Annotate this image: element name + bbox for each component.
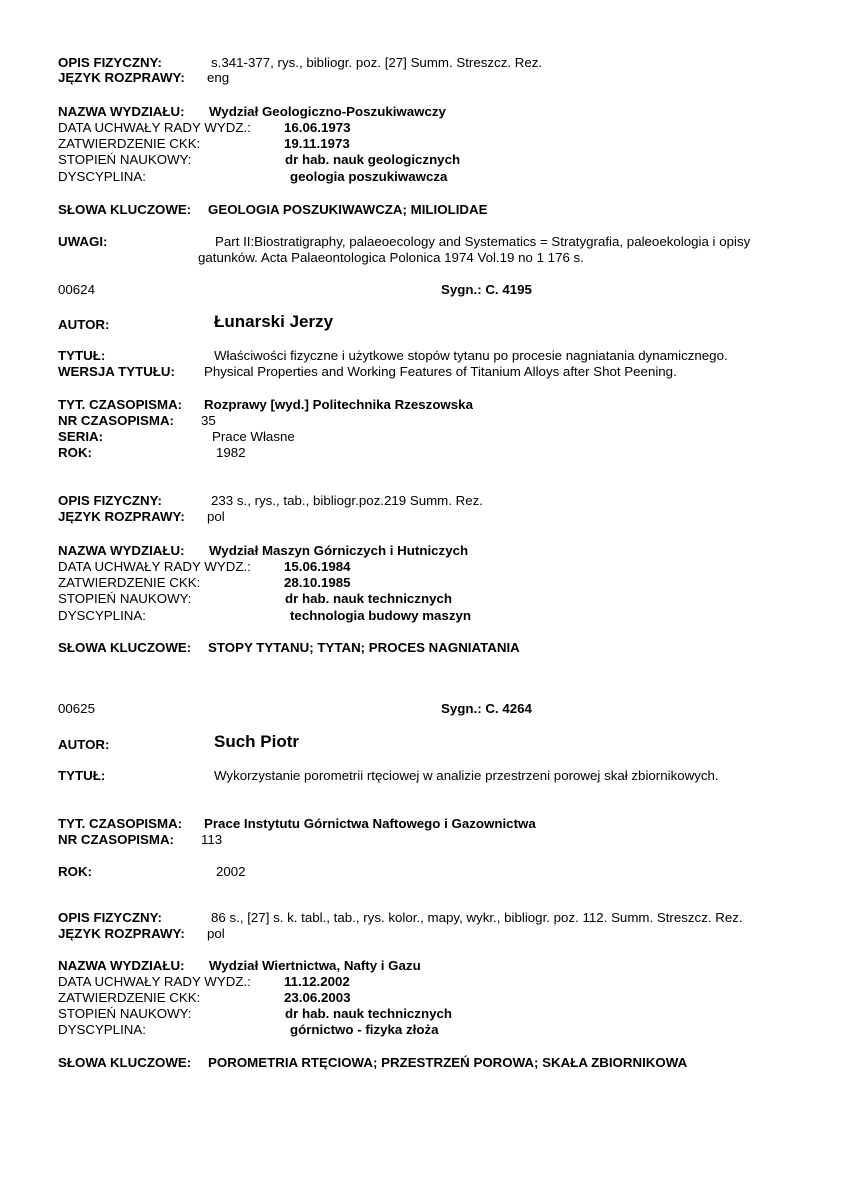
physical-description-value: s.341-377, rys., bibliogr. poz. [27] Sum… <box>211 55 542 71</box>
language-value: pol <box>207 926 225 942</box>
title-value: Właściwości fizyczne i użytkowe stopów t… <box>214 348 728 364</box>
discipline-label: DYSCYPLINA: <box>58 169 146 185</box>
keywords-value: POROMETRIA RTĘCIOWA; PRZESTRZEŃ POROWA; … <box>208 1055 687 1071</box>
record-number: 00625 <box>58 701 95 717</box>
ckk-approval-label: ZATWIERDZENIE CKK: <box>58 990 200 1006</box>
faculty-value: Wydział Maszyn Górniczych i Hutniczych <box>209 543 468 559</box>
faculty-label: NAZWA WYDZIAŁU: <box>58 958 185 974</box>
title-label: TYTUŁ: <box>58 768 105 784</box>
degree-value: dr hab. nauk technicznych <box>285 591 452 607</box>
notes-line-2: gatunków. Acta Palaeontologica Polonica … <box>198 250 584 266</box>
year-value: 1982 <box>216 445 246 461</box>
author-value: Łunarski Jerzy <box>214 314 333 330</box>
council-date-label: DATA UCHWAŁY RADY WYDZ.: <box>58 120 251 136</box>
discipline-value: technologia budowy maszyn <box>290 608 471 624</box>
notes-line-1: Part II:Biostratigraphy, palaeoecology a… <box>215 234 750 250</box>
journal-number-value: 35 <box>201 413 216 429</box>
title-version-value: Physical Properties and Working Features… <box>204 364 677 380</box>
degree-value: dr hab. nauk technicznych <box>285 1006 452 1022</box>
keywords-label: SŁOWA KLUCZOWE: <box>58 640 191 656</box>
discipline-value: górnictwo - fizyka złoża <box>290 1022 439 1038</box>
ckk-approval-value: 23.06.2003 <box>284 990 351 1006</box>
signature: Sygn.: C. 4195 <box>441 282 532 298</box>
language-value: pol <box>207 509 225 525</box>
council-date-value: 16.06.1973 <box>284 120 351 136</box>
discipline-label: DYSCYPLINA: <box>58 1022 146 1038</box>
notes-label: UWAGI: <box>58 234 108 250</box>
journal-title-label: TYT. CZASOPISMA: <box>58 397 182 413</box>
keywords-value: STOPY TYTANU; TYTAN; PROCES NAGNIATANIA <box>208 640 520 656</box>
language-label: JĘZYK ROZPRAWY: <box>58 70 185 86</box>
physical-description-label: OPIS FIZYCZNY: <box>58 55 162 71</box>
journal-number-label: NR CZASOPISMA: <box>58 413 174 429</box>
author-label: AUTOR: <box>58 737 109 753</box>
ckk-approval-value: 19.11.1973 <box>284 136 350 152</box>
keywords-label: SŁOWA KLUCZOWE: <box>58 1055 191 1071</box>
ckk-approval-label: ZATWIERDZENIE CKK: <box>58 136 200 152</box>
degree-label: STOPIEŃ NAUKOWY: <box>58 1006 192 1022</box>
journal-title-label: TYT. CZASOPISMA: <box>58 816 182 832</box>
degree-value: dr hab. nauk geologicznych <box>285 152 460 168</box>
year-value: 2002 <box>216 864 246 880</box>
series-value: Prace Własne <box>212 429 295 445</box>
physical-description-value: 233 s., rys., tab., bibliogr.poz.219 Sum… <box>211 493 483 509</box>
council-date-label: DATA UCHWAŁY RADY WYDZ.: <box>58 559 251 575</box>
title-label: TYTUŁ: <box>58 348 105 364</box>
series-label: SERIA: <box>58 429 103 445</box>
year-label: ROK: <box>58 445 92 461</box>
title-value: Wykorzystanie porometrii rtęciowej w ana… <box>214 768 719 784</box>
faculty-label: NAZWA WYDZIAŁU: <box>58 543 185 559</box>
journal-number-value: 113 <box>201 832 222 848</box>
journal-number-label: NR CZASOPISMA: <box>58 832 174 848</box>
council-date-label: DATA UCHWAŁY RADY WYDZ.: <box>58 974 251 990</box>
degree-label: STOPIEŃ NAUKOWY: <box>58 591 192 607</box>
author-label: AUTOR: <box>58 317 109 333</box>
journal-title-value: Prace Instytutu Górnictwa Naftowego i Ga… <box>204 816 536 832</box>
year-label: ROK: <box>58 864 92 880</box>
title-version-label: WERSJA TYTUŁU: <box>58 364 175 380</box>
signature: Sygn.: C. 4264 <box>441 701 532 717</box>
ckk-approval-value: 28.10.1985 <box>284 575 351 591</box>
council-date-value: 15.06.1984 <box>284 559 351 575</box>
language-label: JĘZYK ROZPRAWY: <box>58 926 185 942</box>
ckk-approval-label: ZATWIERDZENIE CKK: <box>58 575 200 591</box>
physical-description-value: 86 s., [27] s. k. tabl., tab., rys. kolo… <box>211 910 743 926</box>
journal-title-value: Rozprawy [wyd.] Politechnika Rzeszowska <box>204 397 473 413</box>
faculty-value: Wydział Geologiczno-Poszukiwawczy <box>209 104 446 120</box>
faculty-label: NAZWA WYDZIAŁU: <box>58 104 185 120</box>
physical-description-label: OPIS FIZYCZNY: <box>58 910 162 926</box>
discipline-value: geologia poszukiwawcza <box>290 169 447 185</box>
record-number: 00624 <box>58 282 95 298</box>
physical-description-label: OPIS FIZYCZNY: <box>58 493 162 509</box>
keywords-value: GEOLOGIA POSZUKIWAWCZA; MILIOLIDAE <box>208 202 487 218</box>
discipline-label: DYSCYPLINA: <box>58 608 146 624</box>
degree-label: STOPIEŃ NAUKOWY: <box>58 152 192 168</box>
faculty-value: Wydział Wiertnictwa, Nafty i Gazu <box>209 958 421 974</box>
language-value: eng <box>207 70 229 86</box>
council-date-value: 11.12.2002 <box>284 974 350 990</box>
keywords-label: SŁOWA KLUCZOWE: <box>58 202 191 218</box>
author-value: Such Piotr <box>214 734 299 750</box>
language-label: JĘZYK ROZPRAWY: <box>58 509 185 525</box>
